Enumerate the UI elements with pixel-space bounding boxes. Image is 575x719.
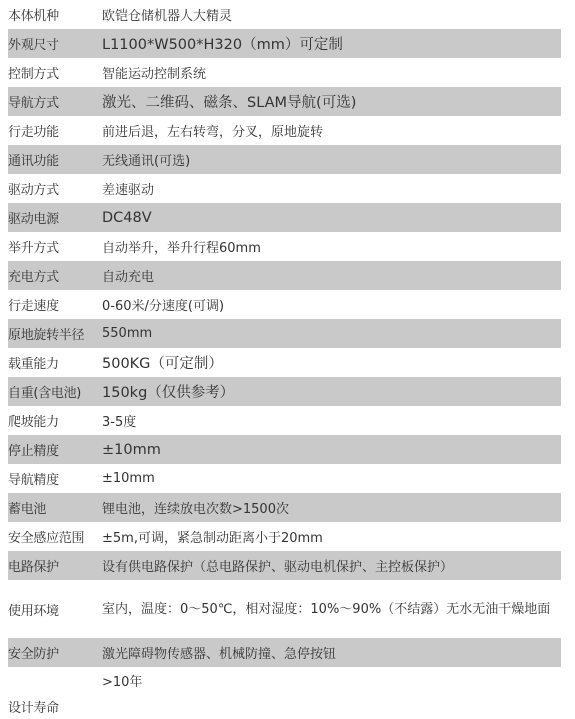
spec-label: 行走功能 xyxy=(8,121,102,140)
spec-label: 爬坡能力 xyxy=(8,411,102,430)
spec-label: 停止精度 xyxy=(8,440,102,459)
spec-label: 安全防护 xyxy=(8,643,102,662)
spec-row-nav-precision: 导航精度 ±10mm xyxy=(8,464,561,493)
spec-row-load: 载重能力 500KG（可定制） xyxy=(8,348,561,377)
spec-value: 设有供电路保护（总电路保护、驱动电机保护、主控板保护） xyxy=(102,556,561,575)
spec-row-navigation: 导航方式 激光、二维码、磁条、SLAM导航(可选) xyxy=(8,87,561,116)
spec-label: 外观尺寸 xyxy=(8,34,102,53)
spec-row-communication: 通讯功能 无线通讯(可选) xyxy=(8,145,561,174)
spec-row-battery: 蓄电池 锂电池，连续放电次数>1500次 xyxy=(8,493,561,522)
spec-label: 蓄电池 xyxy=(8,498,102,517)
spec-row-power: 驱动电源 DC48V xyxy=(8,203,561,232)
spec-row-model: 本体机种 欧铠仓储机器人大精灵 xyxy=(8,0,561,29)
spec-row-environment: 使用环境 室内，温度：0～50℃，相对湿度：10%～90%（不结露）无水无油干燥… xyxy=(8,580,561,638)
spec-value: 150kg（仅供参考） xyxy=(102,381,561,402)
spec-row-safety-protection: 安全防护 激光障碍物传感器、机械防撞、急停按钮 xyxy=(8,638,561,667)
spec-label: 本体机种 xyxy=(8,5,102,24)
spec-label: 控制方式 xyxy=(8,63,102,82)
spec-label: 驱动方式 xyxy=(8,179,102,198)
spec-row-climbing: 爬坡能力 3-5度 xyxy=(8,406,561,435)
spec-row-dimensions: 外观尺寸 L1100*W500*H320（mm）可定制 xyxy=(8,29,561,58)
spec-row-circuit-protection: 电路保护 设有供电路保护（总电路保护、驱动电机保护、主控板保护） xyxy=(8,551,561,580)
spec-label: 充电方式 xyxy=(8,266,102,285)
spec-value: 差速驱动 xyxy=(102,179,561,198)
spec-row-weight: 自重(含电池) 150kg（仅供参考） xyxy=(8,377,561,406)
spec-value: 500KG（可定制） xyxy=(102,352,561,373)
spec-label: 安全感应范围 xyxy=(8,527,102,546)
spec-label: 导航精度 xyxy=(8,469,102,488)
spec-value: ±10mm xyxy=(102,442,561,458)
spec-value: 室内，温度：0～50℃，相对湿度：10%～90%（不结露）无水无油干燥地面 xyxy=(102,595,561,624)
spec-value: ±5m,可调，紧急制动距离小于20mm xyxy=(102,527,561,546)
spec-label: 设计寿命 xyxy=(8,667,102,716)
spec-label: 驱动电源 xyxy=(8,208,102,227)
spec-value: 锂电池，连续放电次数>1500次 xyxy=(102,498,561,517)
spec-value: 智能运动控制系统 xyxy=(102,63,561,82)
spec-value: 欧铠仓储机器人大精灵 xyxy=(102,5,561,24)
spec-row-drive-mode: 驱动方式 差速驱动 xyxy=(8,174,561,203)
spec-row-walking: 行走功能 前进后退，左右转弯，分叉，原地旋转 xyxy=(8,116,561,145)
spec-value: 激光、二维码、磁条、SLAM导航(可选) xyxy=(102,91,561,112)
spec-label: 通讯功能 xyxy=(8,150,102,169)
spec-value: 0-60米/分速度(可调) xyxy=(102,295,561,314)
spec-value: ±10mm xyxy=(102,471,561,486)
spec-row-speed: 行走速度 0-60米/分速度(可调) xyxy=(8,290,561,319)
spec-row-stop-precision: 停止精度 ±10mm xyxy=(8,435,561,464)
spec-value: 无线通讯(可选) xyxy=(102,150,561,169)
spec-label: 载重能力 xyxy=(8,353,102,372)
spec-label: 使用环境 xyxy=(8,600,102,619)
spec-label: 电路保护 xyxy=(8,556,102,575)
spec-value: 3-5度 xyxy=(102,411,561,430)
spec-row-lift: 举升方式 自动举升，举升行程60mm xyxy=(8,232,561,261)
spec-row-safety-range: 安全感应范围 ±5m,可调，紧急制动距离小于20mm xyxy=(8,522,561,551)
spec-value: >10年 xyxy=(102,667,561,690)
spec-value: L1100*W500*H320（mm）可定制 xyxy=(102,33,561,54)
spec-value: 激光障碍物传感器、机械防撞、急停按钮 xyxy=(102,643,561,662)
spec-value: 前进后退，左右转弯，分叉，原地旋转 xyxy=(102,121,561,140)
spec-label: 原地旋转半径 xyxy=(8,324,102,343)
spec-row-control: 控制方式 智能运动控制系统 xyxy=(8,58,561,87)
spec-label: 导航方式 xyxy=(8,92,102,111)
spec-row-charging: 充电方式 自动充电 xyxy=(8,261,561,290)
spec-label: 举升方式 xyxy=(8,237,102,256)
spec-value: 550mm xyxy=(102,326,561,341)
spec-label: 行走速度 xyxy=(8,295,102,314)
spec-label: 自重(含电池) xyxy=(8,382,102,401)
spec-value: DC48V xyxy=(102,210,561,226)
spec-row-turn-radius: 原地旋转半径 550mm xyxy=(8,319,561,348)
spec-value: 自动举升，举升行程60mm xyxy=(102,237,561,256)
spec-table: 本体机种 欧铠仓储机器人大精灵 外观尺寸 L1100*W500*H320（mm）… xyxy=(8,0,561,719)
spec-row-lifespan: 设计寿命 >10年 xyxy=(8,667,561,719)
spec-value: 自动充电 xyxy=(102,266,561,285)
